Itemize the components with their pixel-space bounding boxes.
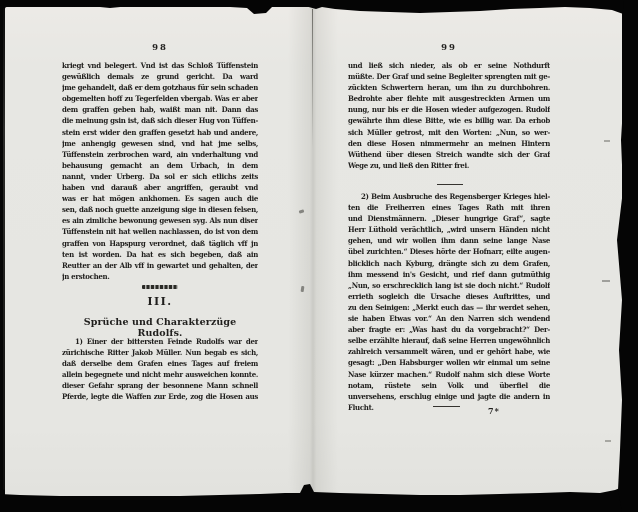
text-line: und ließ sich nieder, als ob er seine No…	[348, 60, 550, 71]
text-line: ihm messend in's Gesicht, und rief dann …	[348, 269, 550, 280]
text-line: gewährte ihm diese Bitte, wie es billig …	[348, 115, 550, 126]
text-line: Pferde, legte die Waffen zur Erde, zog d…	[62, 391, 258, 402]
text-line: es ain zimliche bewonung gewesen syg. Al…	[62, 215, 258, 226]
text-line: jme gehandelt, daß er dem gotzhaus für s…	[62, 82, 258, 93]
text-line: zahlreich versammelt wären, und er gehör…	[348, 346, 550, 357]
text-line: Tüffenstein zerbrochen ward, ain vnderha…	[62, 149, 258, 160]
text-line: müßte. Der Graf und seine Begleiter spre…	[348, 71, 550, 82]
text-line: unversehens, erschlug einige und jagte d…	[348, 391, 550, 402]
text-line: daß derselbe dem Grafen eines Tages auf …	[62, 358, 258, 369]
text-line: Tüffenstein nit hat wellen nachlassen, d…	[62, 226, 258, 237]
text-line: obgemelten hoff zu Tegerfelden vbergab. …	[62, 93, 258, 104]
text-line: ten ist worden. Da hat es sich begeben, …	[62, 249, 258, 260]
anecdote-1-continuation-paragraph: und ließ sich nieder, als ob er seine No…	[348, 60, 550, 171]
text-line: haben vnd darauß aber angriffen, geraubt…	[62, 182, 258, 193]
end-divider-rule	[433, 406, 460, 407]
text-line: graffen von Hapspurg verordnet, daß tägl…	[62, 238, 258, 249]
text-line: sich Müller getrost, mit den Worten: „Nu…	[348, 127, 550, 138]
text-line: Bedrohte aber flehte mit ausgestreckten …	[348, 93, 550, 104]
page-edge-mark	[604, 140, 610, 142]
text-line: zürichische Ritter Jakob Müller. Nun beg…	[62, 347, 258, 358]
text-line: was er hat mögen ankhomen. Es sagen auch…	[62, 193, 258, 204]
text-line: kriegt vnd belegert. Vnd ist das Schloß …	[62, 60, 258, 71]
text-line: sie haben Etwas vor.“ An den Narren sich…	[348, 313, 550, 324]
text-line: gewüßlich demals ze grund gericht. Da wa…	[62, 71, 258, 82]
text-line: und Dienstmännern. „Dieser hungrige Graf…	[348, 213, 550, 224]
anecdote-2-paragraph: 2) Beim Ausbruche des Regensberger Krieg…	[348, 191, 550, 413]
text-line: behausung gemacht an dem Urbach, in dem …	[62, 160, 258, 171]
text-line: errieth sogleich die Ursache dieses Auft…	[348, 291, 550, 302]
text-line: dem graffen geben hab, waißt man nit. Da…	[62, 104, 258, 115]
text-line: stein erst wider den graffen gesetzt hab…	[62, 127, 258, 138]
text-line: die meinung gsin ist, daß sich dieser Hu…	[62, 115, 258, 126]
text-line: notam, rüstete sein Volk und überfiel di…	[348, 380, 550, 391]
book-scan: 98 kriegt vnd belegert. Vnd ist das Schl…	[0, 0, 638, 512]
text-line: zu den Seinigen: „Merkt euch das — ihr w…	[348, 302, 550, 313]
page-edge-mark	[602, 280, 610, 282]
text-line: 2) Beim Ausbruche des Regensberger Krieg…	[348, 191, 550, 202]
text-line: ten die Freiherren eines Tages Rath mit …	[348, 202, 550, 213]
text-line: Reutter an der Alb vff in gewartet und g…	[62, 260, 258, 271]
right-page-number: 99	[348, 43, 550, 53]
section-ornament-icon	[142, 285, 178, 289]
text-line: zückten Schwertern heran, um ihn zu durc…	[348, 82, 550, 93]
text-line: sen, daß noch guette anzeigung sige in d…	[62, 204, 258, 215]
text-line: übel zurichten.“ Dieses hörte der Hofnar…	[348, 246, 550, 257]
text-line: gesagt: „Den Habsburger wollen wir einma…	[348, 357, 550, 368]
left-continuation-paragraph: kriegt vnd belegert. Vnd ist das Schloß …	[62, 60, 258, 282]
page-edge-mark	[605, 440, 611, 442]
text-line: 1) Einer der bittersten Feinde Rudolfs w…	[62, 336, 258, 347]
text-line: Herr Lüthold verächtlich, „wird unsern H…	[348, 224, 550, 235]
gutter-crease-line	[312, 9, 313, 149]
left-page-number: 98	[62, 43, 258, 53]
text-line: allein begegnete und nicht mehr ausweich…	[62, 369, 258, 380]
text-line: den diese Hosen nimmermehr an meinen Hin…	[348, 138, 550, 149]
text-line: blicklich nach Kyburg, drängte sich zu d…	[348, 258, 550, 269]
text-line: jme anhengig gewesen sind, vnd hat jme s…	[62, 138, 258, 149]
text-line: dieser Gefahr sprang der besonnene Mann …	[62, 380, 258, 391]
text-line: nung, nur bis er die Hosen wieder aufgez…	[348, 104, 550, 115]
scan-border-left	[3, 8, 5, 490]
text-line: Flucht.	[348, 402, 550, 413]
text-line: „Nun, so erschrecklich lang ist sie doch…	[348, 280, 550, 291]
text-line: gehen, und wir wollen ihm dann seine lan…	[348, 235, 550, 246]
text-line: Nase kürzer machen.“ Rudolf nahm sich di…	[348, 369, 550, 380]
text-line: Wüthend über diesen Streich wandte sich …	[348, 149, 550, 160]
text-line: nannt, vnder Urberg. Da sol er sich etli…	[62, 171, 258, 182]
text-line: selbe erzählte hierauf, daß seine Herren…	[348, 335, 550, 346]
anecdote-1-paragraph: 1) Einer der bittersten Feinde Rudolfs w…	[62, 336, 258, 403]
paragraph-divider-rule	[437, 184, 463, 185]
text-line: aber fragte er: „Was hast du da vorgebra…	[348, 324, 550, 335]
signature-mark: 7*	[488, 406, 500, 416]
section-number-heading: III.	[62, 295, 258, 308]
page-gutter	[288, 7, 338, 496]
text-line: jn erstochen.	[62, 271, 258, 282]
text-line: Wege zu, und ließ den Ritter frei.	[348, 160, 550, 171]
